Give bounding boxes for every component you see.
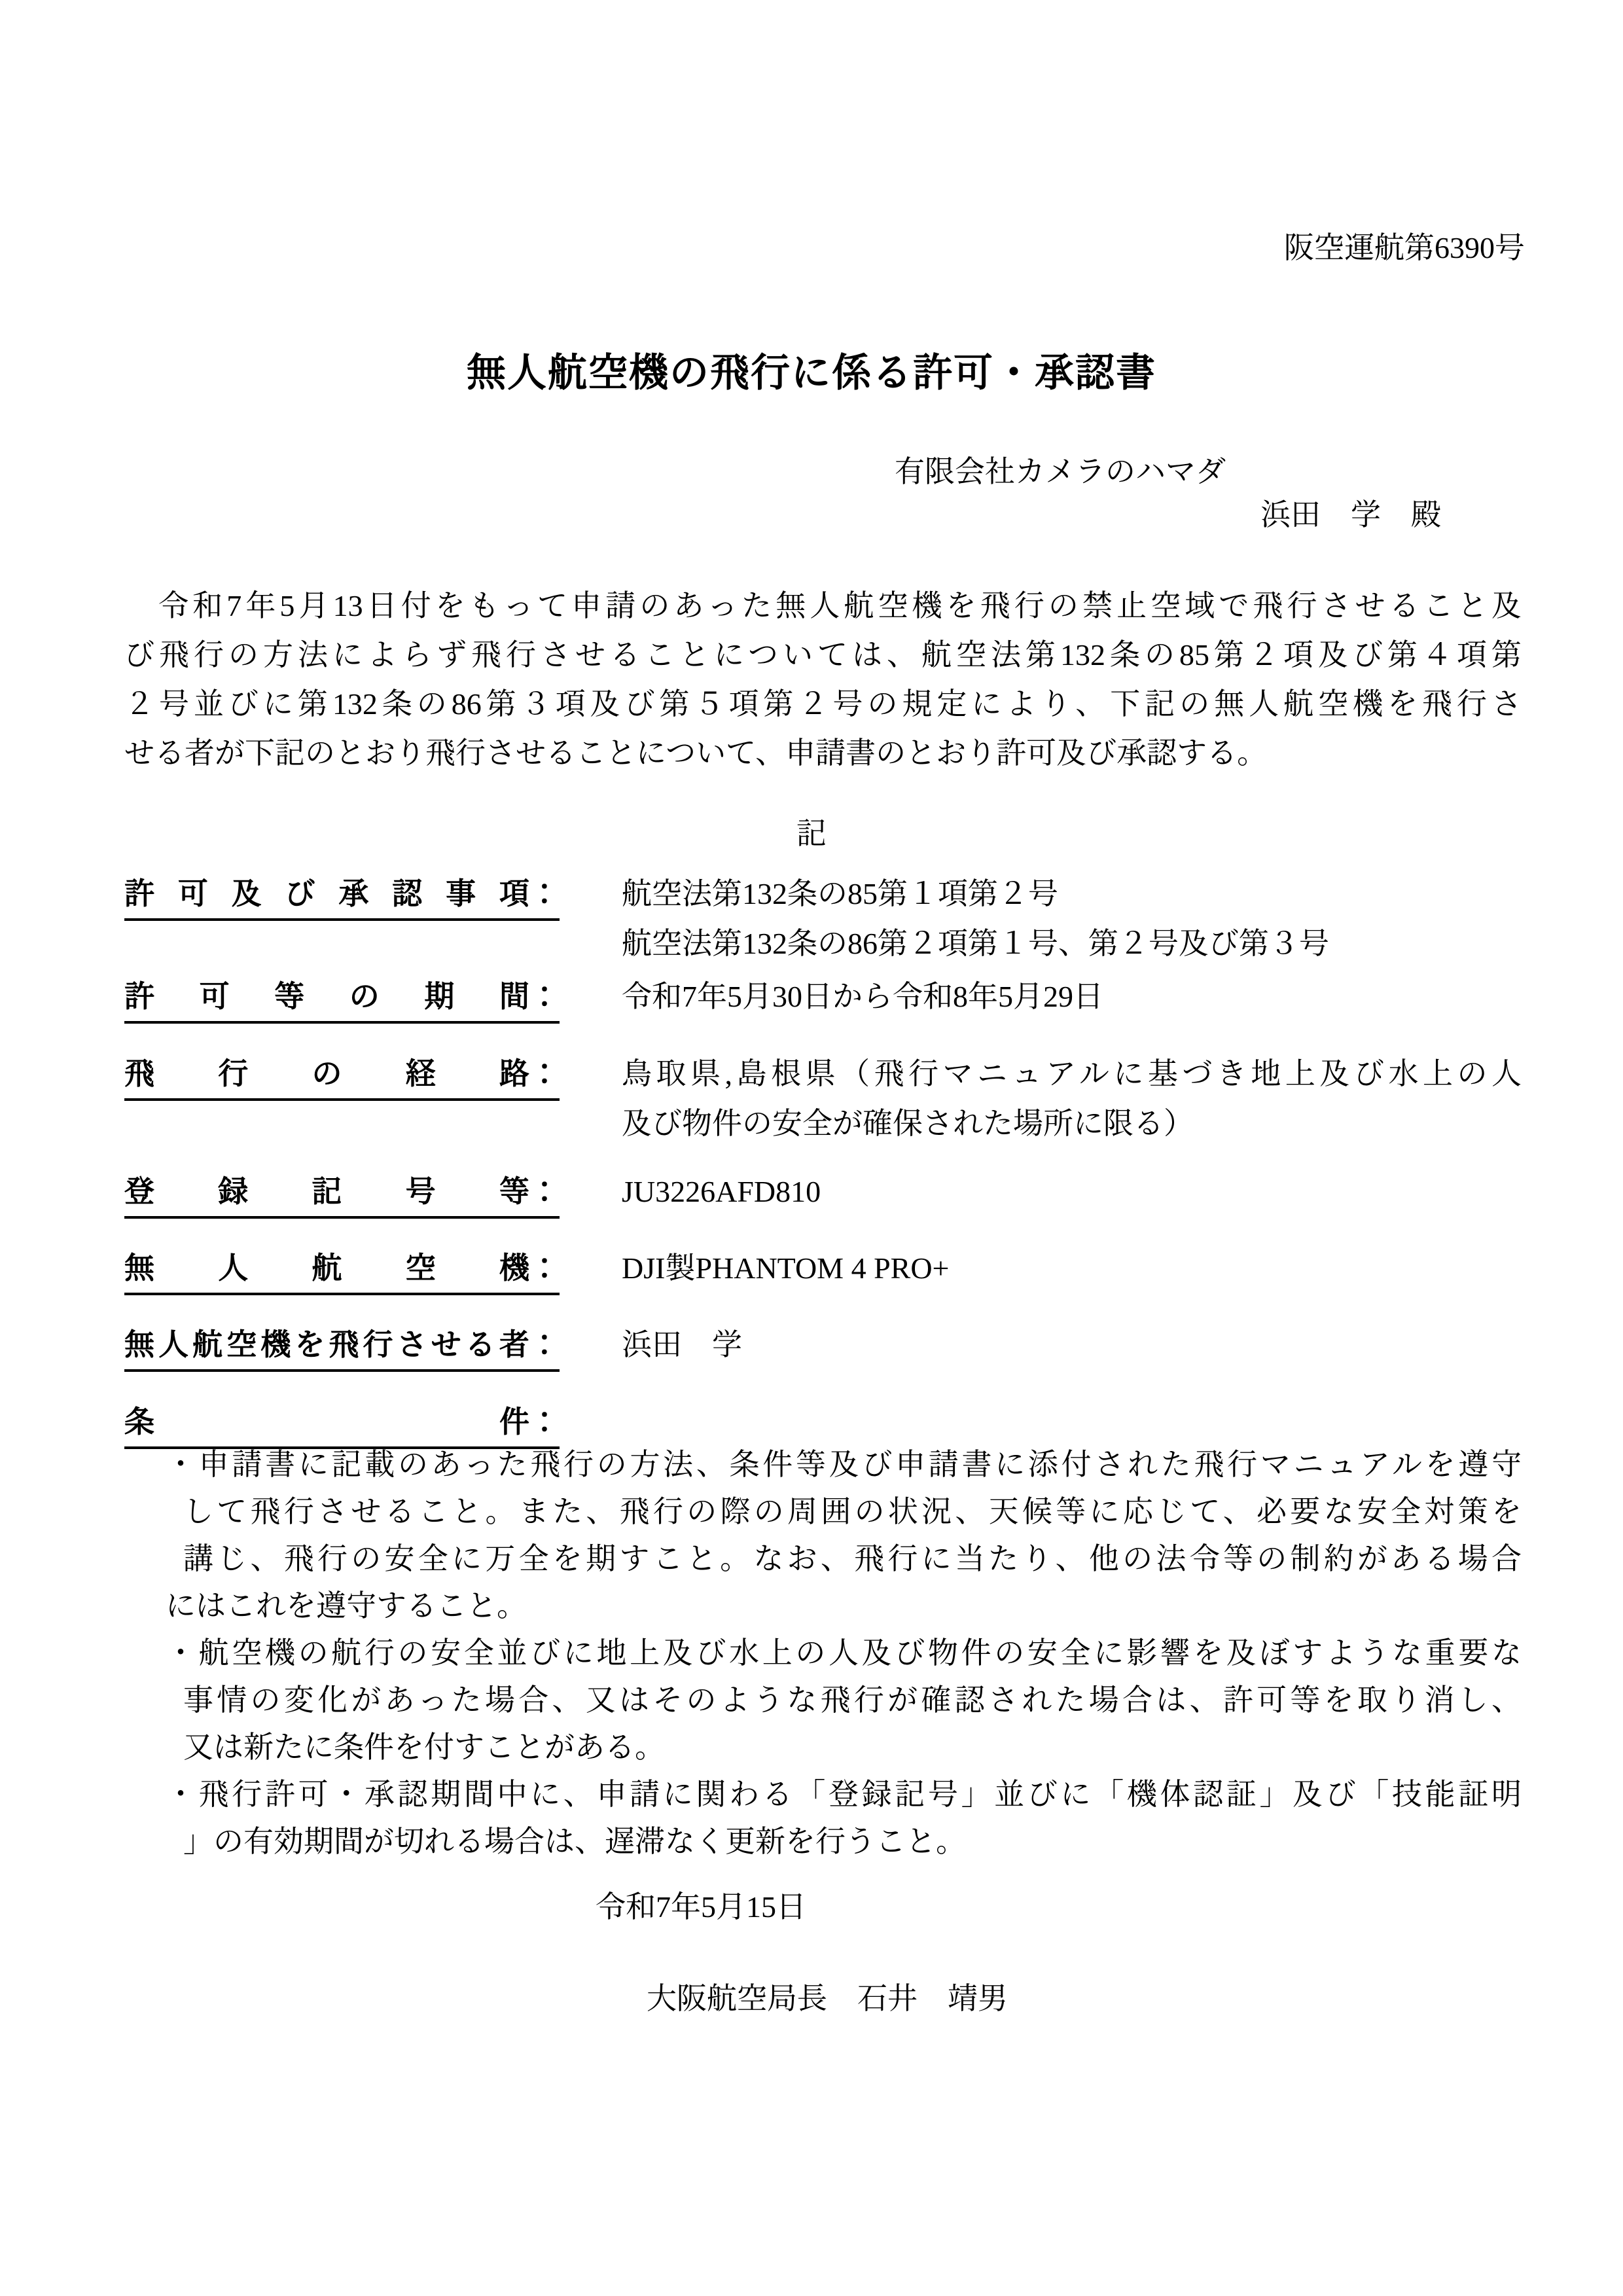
conditions-line: にはこれを遵守すること。 bbox=[166, 1583, 1522, 1630]
intro-line: 令和7年5月13日付をもって申請のあった無人航空機を飛行の禁止空域で飛行させるこ… bbox=[124, 581, 1522, 630]
row-value: 令和7年5月30日から令和8年5月29日 bbox=[622, 979, 1522, 1014]
label-char: る bbox=[465, 1327, 495, 1363]
label-char: 航 bbox=[192, 1327, 223, 1363]
label-char: 登 bbox=[124, 1174, 154, 1210]
label-char: 間： bbox=[499, 979, 560, 1014]
conditions-line: ・飛行許可・承認期間中に、申請に関わる「登録記号」並びに「機体認証」及び「技能証… bbox=[166, 1771, 1522, 1818]
row-value-line: 浜田 学 bbox=[622, 1327, 1522, 1363]
row-value: 浜田 学 bbox=[622, 1327, 1522, 1363]
label-char: 航 bbox=[312, 1251, 342, 1286]
label-char: 空 bbox=[226, 1327, 257, 1363]
label-char: さ bbox=[397, 1327, 427, 1363]
label-char: 録 bbox=[218, 1174, 248, 1210]
label-char: 期 bbox=[424, 979, 454, 1014]
label-char: 路： bbox=[499, 1056, 560, 1092]
row-value-line: JU3226AFD810 bbox=[622, 1174, 1522, 1210]
document-page: 阪空運航第6390号 無人航空機の飛行に係る許可・承認書 有限会社カメラのハマダ… bbox=[0, 0, 1623, 2296]
doc-number: 阪空運航第6390号 bbox=[1284, 230, 1525, 266]
row-label: 無人航空機を飛行させる者： bbox=[124, 1327, 560, 1372]
intro-line: ２号並びに第132条の86第３項及び第５項第２号の規定により、下記の無人航空機を… bbox=[124, 679, 1522, 728]
document-title: 無人航空機の飛行に係る許可・承認書 bbox=[0, 342, 1623, 398]
row-value: 鳥取県,島根県（飛行マニュアルに基づき地上及び水上の人 及び物件の安全が確保され… bbox=[622, 1056, 1522, 1141]
label-char: 行 bbox=[363, 1327, 393, 1363]
label-char: 空 bbox=[406, 1251, 436, 1286]
label-char: 承 bbox=[338, 876, 368, 912]
label-char: 機 bbox=[260, 1327, 291, 1363]
section-marker: 記 bbox=[0, 810, 1623, 853]
row-value-line: 航空法第132条の86第２項第１号、第２号及び第３号 bbox=[622, 926, 1522, 961]
intro-line: び飛行の方法によらず飛行させることについては、航空法第132条の85第２項及び第… bbox=[124, 630, 1522, 679]
intro-paragraph: 令和7年5月13日付をもって申請のあった無人航空機を飛行の禁止空域で飛行させるこ… bbox=[124, 581, 1522, 778]
label-char: 条 bbox=[124, 1405, 154, 1440]
label-char: 許 bbox=[124, 876, 154, 912]
row-value-line: 及び物件の安全が確保された場所に限る） bbox=[622, 1106, 1522, 1141]
label-char: せ bbox=[431, 1327, 461, 1363]
label-char: 機： bbox=[499, 1251, 560, 1286]
conditions-line: ・申請書に記載のあった飛行の方法、条件等及び申請書に添付された飛行マニュアルを遵… bbox=[166, 1441, 1522, 1488]
label-char: 可 bbox=[200, 979, 230, 1014]
row-value-line: 鳥取県,島根県（飛行マニュアルに基づき地上及び水上の人 bbox=[622, 1056, 1522, 1092]
label-char: 経 bbox=[406, 1056, 436, 1092]
label-char: 事 bbox=[446, 876, 476, 912]
label-char: 許 bbox=[124, 979, 154, 1014]
label-char: 号 bbox=[406, 1174, 436, 1210]
label-char: 等 bbox=[274, 979, 304, 1014]
row-value-line: 航空法第132条の85第１項第２号 bbox=[622, 876, 1522, 912]
label-char: 項： bbox=[499, 876, 560, 912]
intro-line: せる者が下記のとおり飛行させることについて、申請書のとおり許可及び承認する。 bbox=[124, 728, 1522, 778]
label-char: の bbox=[312, 1056, 342, 1092]
conditions-list: ・申請書に記載のあった飛行の方法、条件等及び申請書に添付された飛行マニュアルを遵… bbox=[0, 1441, 1623, 1865]
label-char: を bbox=[294, 1327, 325, 1363]
row-value-line: DJI製PHANTOM 4 PRO+ bbox=[622, 1251, 1522, 1286]
addressee-company: 有限会社カメラのハマダ bbox=[895, 454, 1226, 490]
row-label: 飛行の経路： bbox=[124, 1056, 560, 1101]
label-char: び bbox=[285, 876, 315, 912]
conditions-line: 又は新たに条件を付すことがある。 bbox=[183, 1724, 1522, 1771]
row-value: JU3226AFD810 bbox=[622, 1174, 1522, 1210]
row-label: 許可等の期間： bbox=[124, 979, 560, 1024]
label-char: 人 bbox=[218, 1251, 248, 1286]
conditions-line: 事情の変化があった場合、又はそのような飛行が確認された場合は、許可等を取り消し、 bbox=[183, 1677, 1522, 1724]
label-char: 及 bbox=[232, 876, 262, 912]
label-char: 無 bbox=[124, 1251, 154, 1286]
label-char: 人 bbox=[158, 1327, 188, 1363]
label-char: 認 bbox=[392, 876, 422, 912]
issue-date: 令和7年5月15日 bbox=[596, 1890, 806, 1925]
row-label: 許可及び承認事項： bbox=[124, 876, 560, 921]
conditions-line: して飛行させること。また、飛行の際の周囲の状況、天候等に応じて、必要な安全対策を bbox=[183, 1488, 1522, 1535]
issuer-signature: 大阪航空局長 石井 靖男 bbox=[647, 1981, 1008, 2017]
label-char: 可 bbox=[178, 876, 208, 912]
label-char: 等： bbox=[499, 1174, 560, 1210]
label-char: 者： bbox=[499, 1327, 560, 1363]
row-value-line: 令和7年5月30日から令和8年5月29日 bbox=[622, 979, 1522, 1014]
row-label: 登録記号等： bbox=[124, 1174, 560, 1219]
label-char: の bbox=[349, 979, 380, 1014]
label-char: 無 bbox=[124, 1327, 154, 1363]
label-char: 記 bbox=[312, 1174, 342, 1210]
label-char: 飛 bbox=[124, 1056, 154, 1092]
conditions-line: 講じ、飛行の安全に万全を期すこと。なお、飛行に当たり、他の法令等の制約がある場合 bbox=[183, 1535, 1522, 1583]
conditions-line: 」の有効期間が切れる場合は、遅滞なく更新を行うこと。 bbox=[183, 1818, 1522, 1865]
row-label: 無人航空機： bbox=[124, 1251, 560, 1295]
label-char: 飛 bbox=[329, 1327, 359, 1363]
addressee-person: 浜田 学 殿 bbox=[1260, 497, 1441, 533]
row-value: 航空法第132条の85第１項第２号 航空法第132条の86第２項第１号、第２号及… bbox=[622, 876, 1522, 961]
row-value: DJI製PHANTOM 4 PRO+ bbox=[622, 1251, 1522, 1286]
label-char: 件： bbox=[499, 1405, 560, 1440]
conditions-line: ・航空機の航行の安全並びに地上及び水上の人及び物件の安全に影響を及ぼすような重要… bbox=[166, 1630, 1522, 1677]
label-char: 行 bbox=[218, 1056, 248, 1092]
